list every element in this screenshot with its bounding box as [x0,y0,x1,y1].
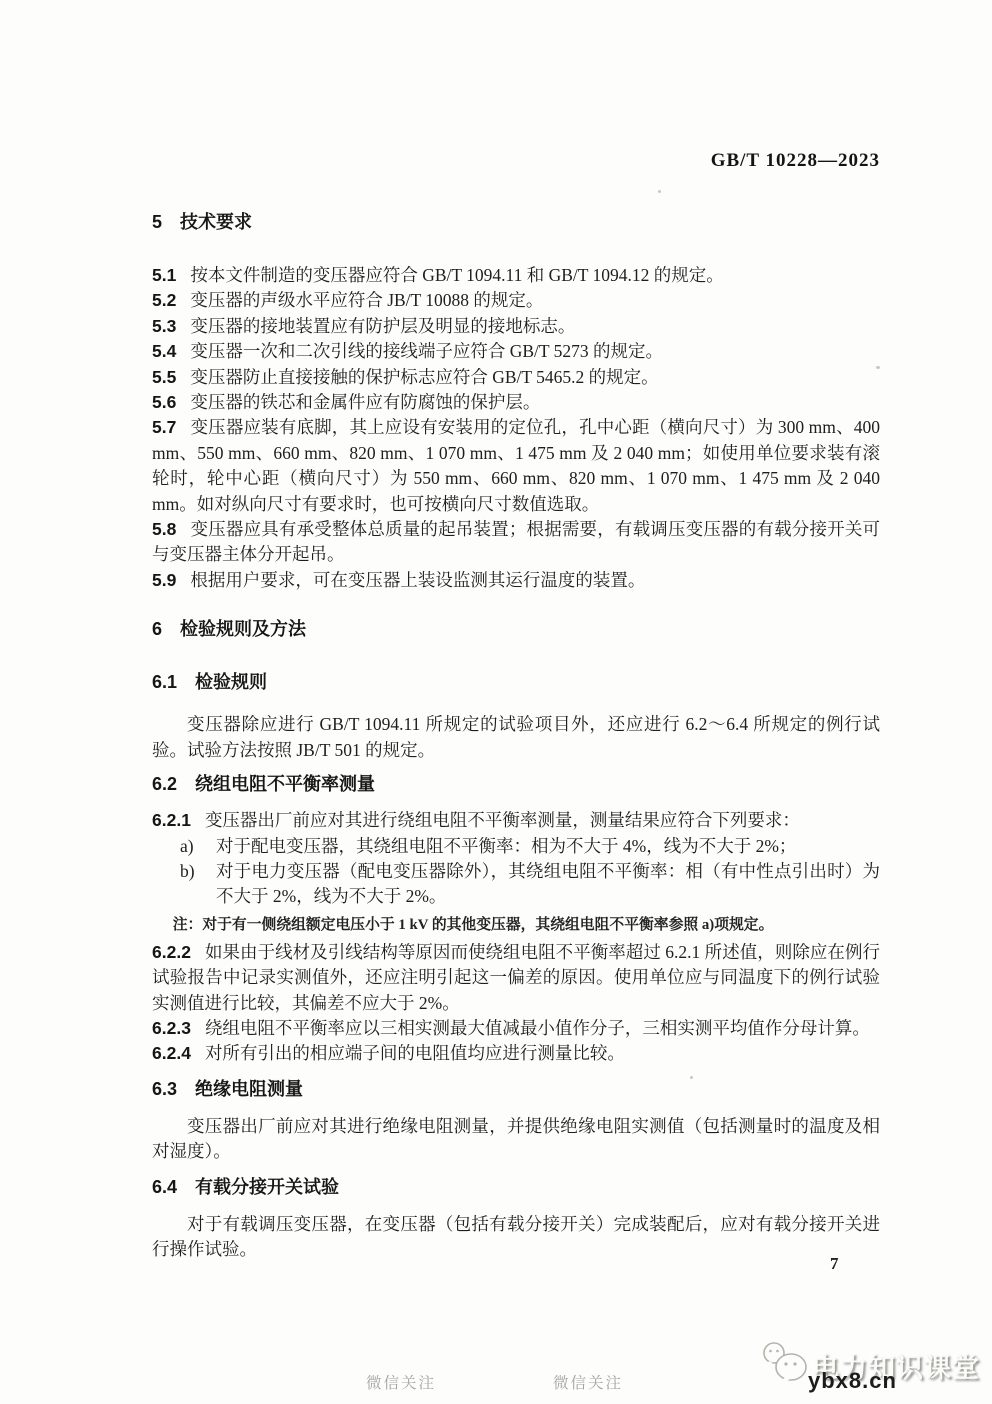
scan-speck [658,190,661,193]
section-number: 6 [152,619,162,639]
clause-text: 变压器防止直接接触的保护标志应符合 GB/T 5465.2 的规定。 [190,367,658,387]
subsection-number: 6.3 [152,1079,177,1099]
clause: 5.4变压器一次和二次引线的接线端子应符合 GB/T 5273 的规定。 [152,339,880,364]
subsection-heading: 6.4有载分接开关试验 [152,1175,880,1200]
subsection-heading: 6.3绝缘电阻测量 [152,1077,880,1102]
clause-number: 5.4 [152,341,176,361]
section-heading: 5技术要求 [152,210,880,235]
document-body: 5技术要求 5.1按本文件制造的变压器应符合 GB/T 1094.11 和 GB… [152,210,880,1262]
site-watermark: 电力知识课堂 ybx8.cn [760,1336,980,1400]
list-item: b)对于电力变压器（配电变压器除外），其绕组电阻不平衡率：相（有中性点引出时）为… [152,859,880,910]
clause-text: 变压器的声级水平应符合 JB/T 10088 的规定。 [190,290,543,310]
standard-number-header: GB/T 10228—2023 [711,150,880,172]
clause-number: 5.5 [152,367,176,387]
subsection-title: 检验规则 [195,672,267,692]
clause-text: 按本文件制造的变压器应符合 GB/T 1094.11 和 GB/T 1094.1… [190,265,723,285]
clause-text: 根据用户要求，可在变压器上装设监测其运行温度的装置。 [190,570,645,590]
wechat-follow-link[interactable]: 微信关注 [366,1371,436,1393]
clause: 5.6变压器的铁芯和金属件应有防腐蚀的保护层。 [152,390,880,415]
list-marker: b) [180,859,216,910]
page-number: 7 [830,1254,839,1274]
clause-number: 6.2.1 [152,810,191,830]
clause: 6.2.3绕组电阻不平衡率应以三相实测最大值减最小值作分子，三相实测平均值作分母… [152,1016,880,1041]
paragraph: 变压器出厂前应对其进行绝缘电阻测量，并提供绝缘电阻实测值（包括测量时的温度及相对… [152,1114,880,1165]
clause: 5.5变压器防止直接接触的保护标志应符合 GB/T 5465.2 的规定。 [152,365,880,390]
paragraph: 变压器除应进行 GB/T 1094.11 所规定的试验项目外，还应进行 6.2～… [152,712,880,763]
clause-text: 对所有引出的相应端子间的电阻值均应进行测量比较。 [205,1043,625,1063]
clause-number: 5.2 [152,290,176,310]
clause-number: 6.2.3 [152,1018,191,1038]
watermark-url: ybx8.cn [808,1368,897,1394]
document-page: GB/T 10228—2023 5技术要求 5.1按本文件制造的变压器应符合 G… [0,0,992,1404]
subsection-number: 6.1 [152,672,177,692]
section-title: 技术要求 [180,212,252,232]
list-item-text: 对于配电变压器，其绕组电阻不平衡率：相为不大于 4%，线为不大于 2%； [216,834,880,859]
clause-number: 5.6 [152,392,176,412]
paragraph: 对于有载调压变压器，在变压器（包括有载分接开关）完成装配后，应对有载分接开关进行… [152,1212,880,1263]
clause: 6.2.1变压器出厂前应对其进行绕组电阻不平衡率测量，测量结果应符合下列要求： [152,808,880,833]
subsection-heading: 6.1检验规则 [152,670,880,695]
clause-text: 变压器的接地装置应有防护层及明显的接地标志。 [190,316,575,336]
subsection-title: 绝缘电阻测量 [195,1079,303,1099]
clause: 5.9根据用户要求，可在变压器上装设监测其运行温度的装置。 [152,568,880,593]
subsection-number: 6.2 [152,774,177,794]
section-number: 5 [152,212,162,232]
clause-text: 如果由于线材及引线结构等原因而使绕组电阻不平衡率超过 6.2.1 所述值，则除应… [152,942,880,1013]
clause-number: 5.7 [152,417,176,437]
list-item: a)对于配电变压器，其绕组电阻不平衡率：相为不大于 4%，线为不大于 2%； [152,834,880,859]
clause-text: 变压器一次和二次引线的接线端子应符合 GB/T 5273 的规定。 [190,341,663,361]
note: 注：对于有一侧绕组额定电压小于 1 kV 的其他变压器，其绕组电阻不平衡率参照 … [152,914,880,936]
clause-text: 变压器的铁芯和金属件应有防腐蚀的保护层。 [190,392,540,412]
list-marker: a) [180,834,216,859]
subsection-title: 有载分接开关试验 [195,1177,339,1197]
clause: 5.8变压器应具有承受整体总质量的起吊装置；根据需要，有载调压变压器的有载分接开… [152,517,880,568]
clause: 5.3变压器的接地装置应有防护层及明显的接地标志。 [152,314,880,339]
clause-number: 6.2.4 [152,1043,191,1063]
clause: 6.2.4对所有引出的相应端子间的电阻值均应进行测量比较。 [152,1041,880,1066]
subsection-title: 绕组电阻不平衡率测量 [195,774,375,794]
note-text: 对于有一侧绕组额定电压小于 1 kV 的其他变压器，其绕组电阻不平衡率参照 a)… [202,917,773,933]
clause-number: 5.8 [152,519,176,539]
clause: 5.1按本文件制造的变压器应符合 GB/T 1094.11 和 GB/T 109… [152,263,880,288]
list-item-text: 对于电力变压器（配电变压器除外），其绕组电阻不平衡率：相（有中性点引出时）为不大… [216,859,880,910]
note-label: 注： [173,917,203,933]
clause-number: 5.1 [152,265,176,285]
subsection-heading: 6.2绕组电阻不平衡率测量 [152,772,880,797]
clause: 5.7变压器应装有底脚，其上应设有安装用的定位孔，孔中心距（横向尺寸）为 300… [152,415,880,517]
subsection-number: 6.4 [152,1177,177,1197]
clause-number: 5.9 [152,570,176,590]
clause: 5.2变压器的声级水平应符合 JB/T 10088 的规定。 [152,288,880,313]
clause: 6.2.2如果由于线材及引线结构等原因而使绕组电阻不平衡率超过 6.2.1 所述… [152,940,880,1016]
clause-text: 变压器出厂前应对其进行绕组电阻不平衡率测量，测量结果应符合下列要求： [205,810,800,830]
section-heading: 6检验规则及方法 [152,617,880,642]
clause-text: 变压器应具有承受整体总质量的起吊装置；根据需要，有载调压变压器的有载分接开关可与… [152,519,880,564]
clause-text: 绕组电阻不平衡率应以三相实测最大值减最小值作分子，三相实测平均值作分母计算。 [205,1018,870,1038]
wechat-bubbles-icon [760,1340,812,1397]
section-title: 检验规则及方法 [180,619,306,639]
clause-text: 变压器应装有底脚，其上应设有安装用的定位孔，孔中心距（横向尺寸）为 300 mm… [152,417,880,513]
wechat-follow-link[interactable]: 微信关注 [553,1371,623,1393]
clause-number: 5.3 [152,316,176,336]
clause-number: 6.2.2 [152,942,191,962]
